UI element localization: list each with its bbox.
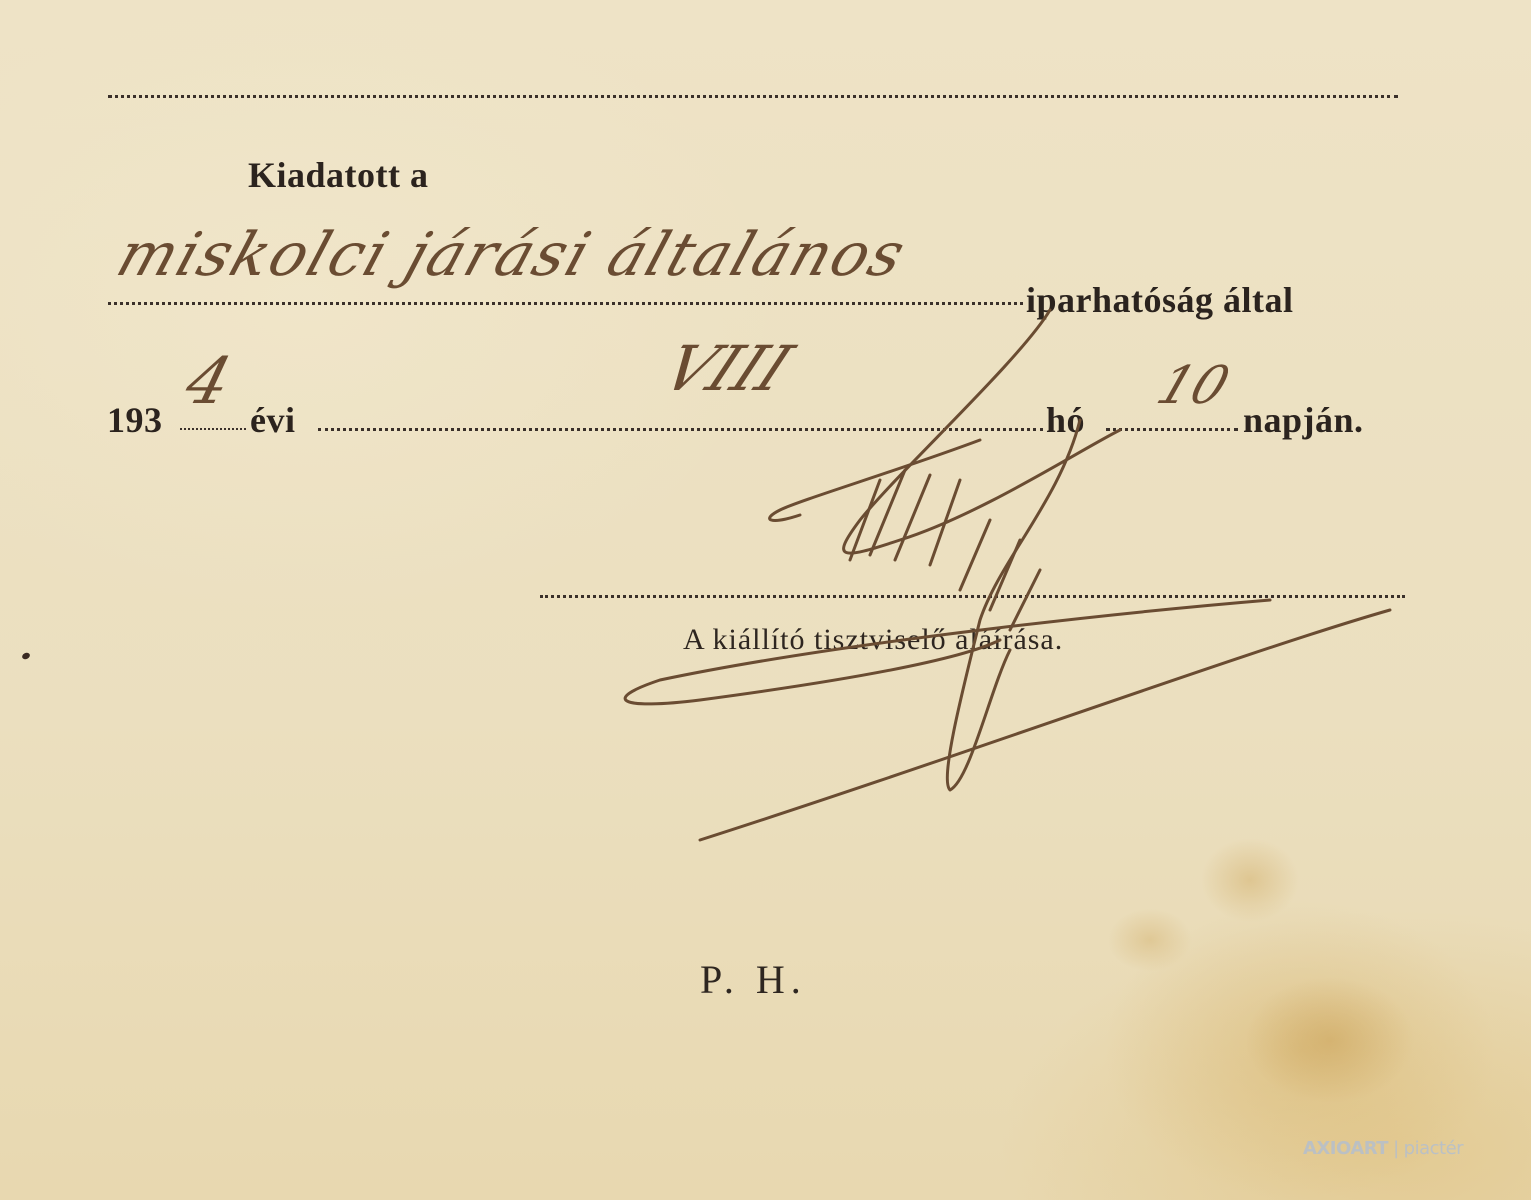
watermark-brand: AXIOART	[1303, 1138, 1388, 1159]
seal-mark: P. H.	[700, 960, 807, 1000]
month-dotted-line	[318, 428, 1043, 431]
watermark-separator: |	[1393, 1138, 1399, 1159]
handwritten-month: VIII	[654, 338, 801, 400]
issued-by-label: Kiadatott a	[248, 157, 429, 193]
month-label: hó	[1046, 402, 1085, 438]
day-label: napján.	[1243, 402, 1364, 438]
handwritten-day: 10	[1151, 360, 1236, 412]
year-dotted-line	[180, 428, 246, 430]
year-label: évi	[250, 402, 295, 438]
authority-dotted-line	[108, 302, 1023, 305]
signature-caption: A kiállító tisztviselő aláírása.	[683, 625, 1063, 655]
handwritten-year-digit: 4	[179, 350, 237, 414]
handwritten-authority-name: miskolci járási általános	[110, 225, 913, 285]
paper-speck	[21, 652, 31, 661]
signature-stroke-icon	[0, 0, 1531, 1200]
year-prefix: 193	[107, 402, 163, 438]
top-dotted-rule	[108, 95, 1398, 98]
day-dotted-line	[1106, 428, 1238, 431]
signature-dotted-line	[540, 595, 1405, 598]
authority-suffix-label: iparhatóság által	[1026, 282, 1294, 318]
watermark-sub: piactér	[1404, 1138, 1463, 1159]
watermark: AXIOART|piactér	[1303, 1138, 1531, 1159]
